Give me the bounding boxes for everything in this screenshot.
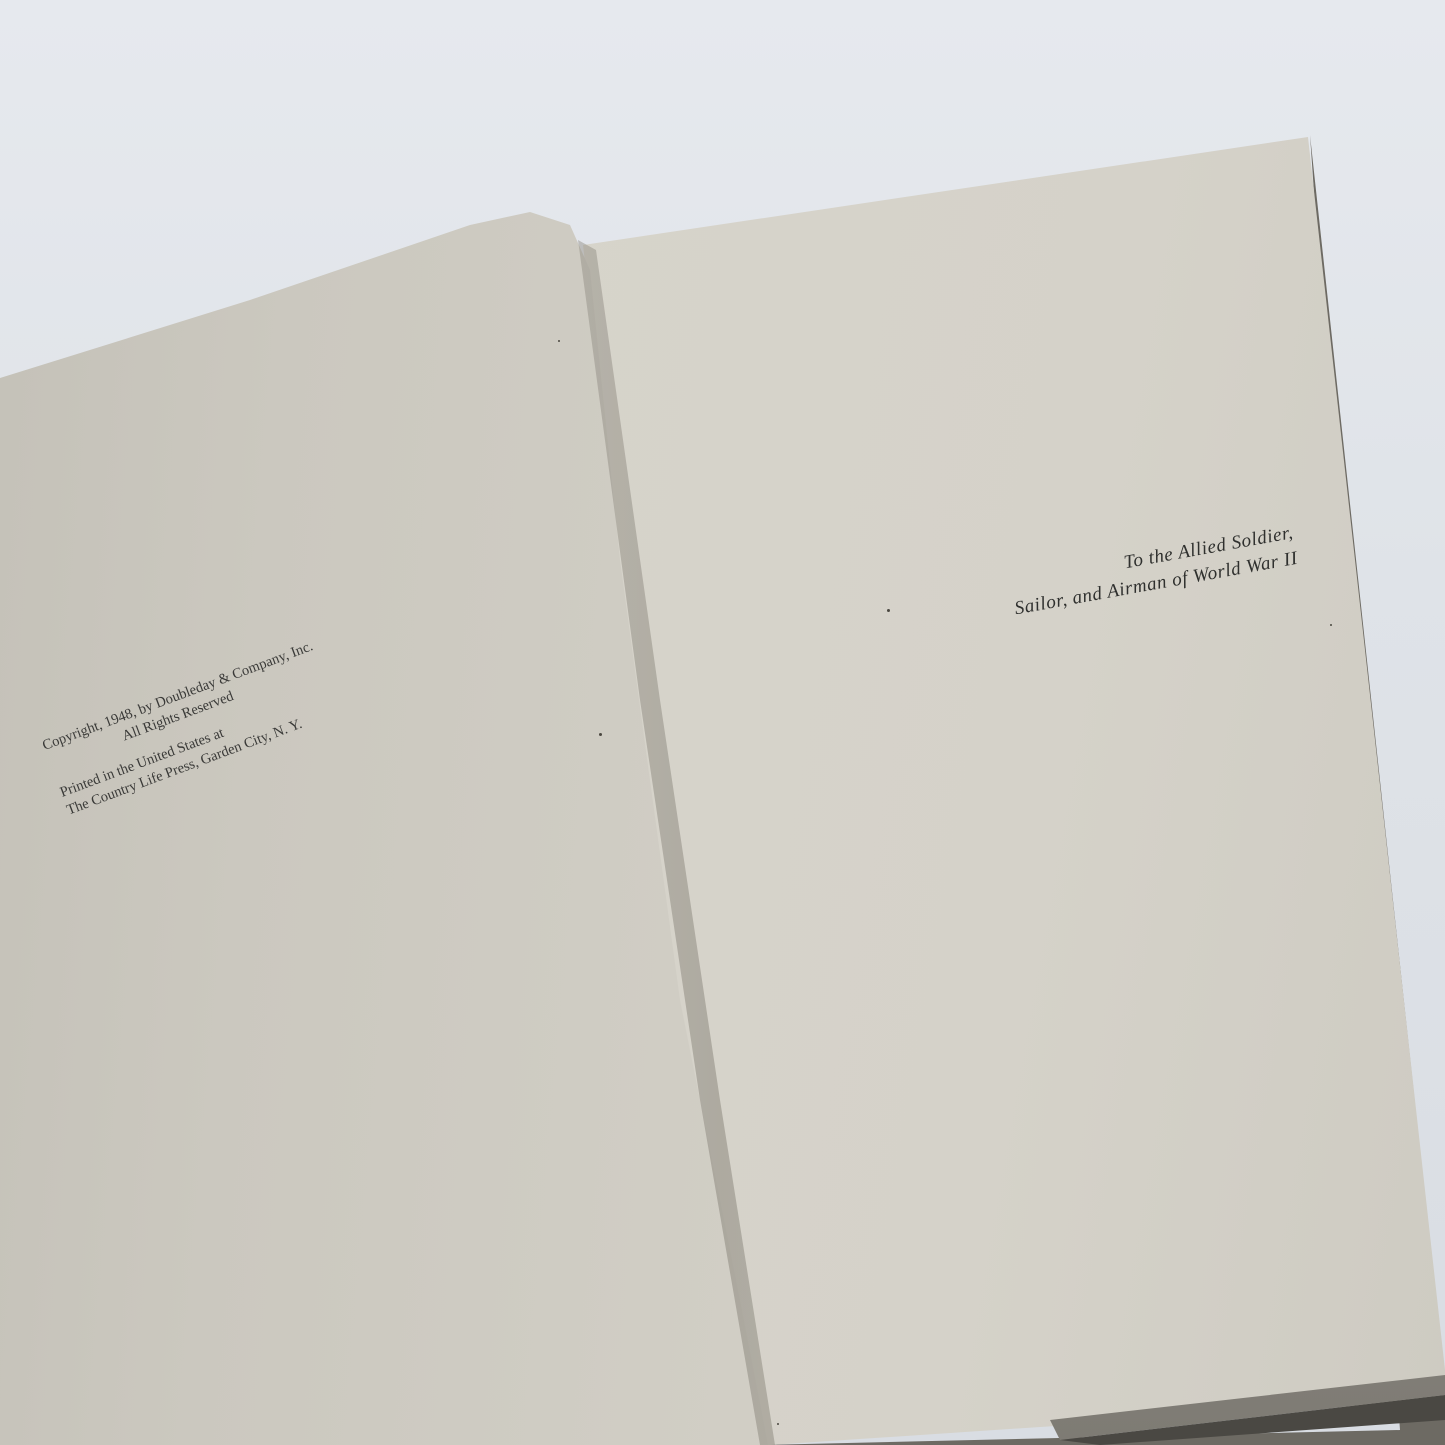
paper-speck [1330,624,1332,626]
paper-speck [558,340,560,342]
photo-scene: Copyright, 1948, by Doubleday & Company,… [0,0,1445,1445]
paper-speck [887,609,890,612]
paper-speck [599,733,602,736]
paper-speck [777,1423,779,1425]
